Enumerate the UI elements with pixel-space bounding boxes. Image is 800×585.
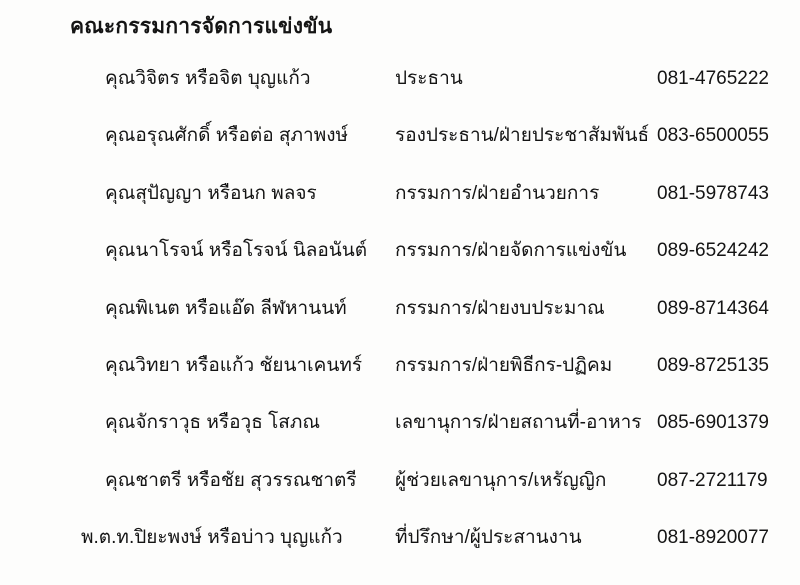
member-name: คุณพิเนต หรือแอ๊ด ลีฬหานนท์ [105,296,395,322]
member-name: คุณชาตรี หรือชัย สุวรรณชาตรี [105,468,395,494]
table-row: พ.ต.ท.ปิยะพงษ์ หรือบ่าว บุญแก้ว ที่ปรึกษ… [105,525,790,582]
member-role: ประธาน [395,66,657,92]
member-name: คุณอรุณศักดิ์ หรือต่อ สุภาพงษ์ [105,123,395,149]
table-row: คุณนาโรจน์ หรือโรจน์ นิลอนันต์ กรรมการ/ฝ… [105,238,790,295]
member-role: กรรมการ/ฝ่ายจัดการแข่งขัน [395,238,657,264]
committee-table: คุณวิจิตร หรือจิต บุญแก้ว ประธาน 081-476… [105,66,790,583]
member-name: คุณวิทยา หรือแก้ว ชัยนาเคนทร์ [105,353,395,379]
member-phone: 085-6901379 [657,410,790,436]
member-phone: 087-2721179 [657,468,790,494]
member-role: กรรมการ/ฝ่ายพิธีกร-ปฏิคม [395,353,657,379]
member-name: คุณจักราวุธ หรือวุธ โสภณ [105,410,395,436]
member-role: รองประธาน/ฝ่ายประชาสัมพันธ์ [395,123,657,149]
member-role: เลขานุการ/ฝ่ายสถานที่-อาหาร [395,410,657,436]
member-role: กรรมการ/ฝ่ายอำนวยการ [395,181,657,207]
member-phone: 081-5978743 [657,181,790,207]
table-row: คุณวิทยา หรือแก้ว ชัยนาเคนทร์ กรรมการ/ฝ่… [105,353,790,410]
table-row: คุณสุปัญญา หรือนก พลจร กรรมการ/ฝ่ายอำนวย… [105,181,790,238]
member-role: ที่ปรึกษา/ผู้ประสานงาน [395,525,657,551]
member-name: คุณสุปัญญา หรือนก พลจร [105,181,395,207]
member-name: คุณวิจิตร หรือจิต บุญแก้ว [105,66,395,92]
member-name: คุณนาโรจน์ หรือโรจน์ นิลอนันต์ [105,238,395,264]
member-role: กรรมการ/ฝ่ายงบประมาณ [395,296,657,322]
member-phone: 089-8714364 [657,296,790,322]
member-phone: 083-6500055 [657,123,790,149]
document-page: คณะกรรมการจัดการแข่งขัน คุณวิจิตร หรือจิ… [0,0,800,585]
member-role: ผู้ช่วยเลขานุการ/เหรัญญิก [395,468,657,494]
member-phone: 081-4765222 [657,66,790,92]
member-phone: 089-8725135 [657,353,790,379]
table-row: คุณชาตรี หรือชัย สุวรรณชาตรี ผู้ช่วยเลขา… [105,468,790,525]
page-title: คณะกรรมการจัดการแข่งขัน [70,10,332,43]
member-phone: 089-6524242 [657,238,790,264]
table-row: คุณจักราวุธ หรือวุธ โสภณ เลขานุการ/ฝ่ายส… [105,410,790,467]
table-row: คุณวิจิตร หรือจิต บุญแก้ว ประธาน 081-476… [105,66,790,123]
member-phone: 081-8920077 [657,525,790,551]
table-row: คุณพิเนต หรือแอ๊ด ลีฬหานนท์ กรรมการ/ฝ่าย… [105,296,790,353]
member-name: พ.ต.ท.ปิยะพงษ์ หรือบ่าว บุญแก้ว [81,525,395,551]
table-row: คุณอรุณศักดิ์ หรือต่อ สุภาพงษ์ รองประธาน… [105,123,790,180]
